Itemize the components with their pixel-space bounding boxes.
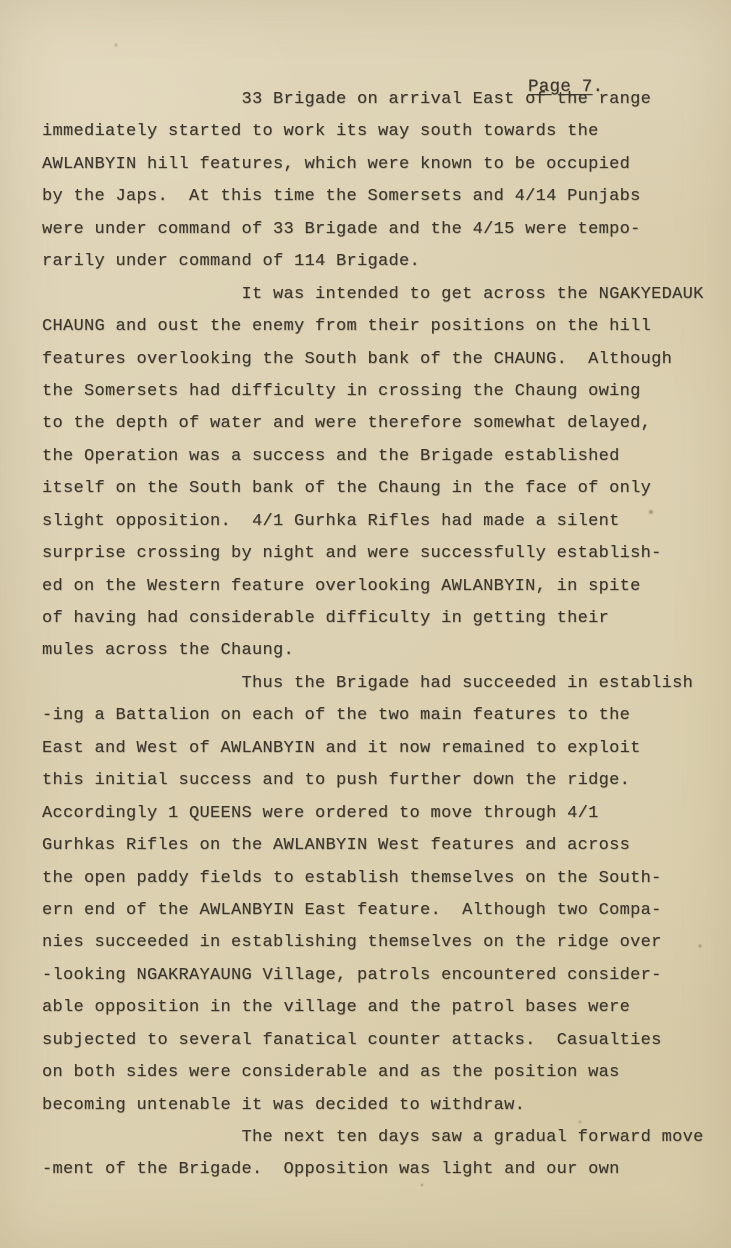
text-line: subjected to several fanatical counter a…: [42, 1025, 711, 1057]
text-line: were under command of 33 Brigade and the…: [42, 214, 711, 246]
text-line: Thus the Brigade had succeeded in establ…: [42, 668, 711, 700]
text-line: -ment of the Brigade. Opposition was lig…: [42, 1154, 711, 1186]
text-line: able opposition in the village and the p…: [42, 992, 711, 1024]
text-line: becoming untenable it was decided to wit…: [42, 1090, 711, 1122]
text-line: It was intended to get across the NGAKYE…: [42, 279, 711, 311]
text-line: Accordingly 1 QUEENS were ordered to mov…: [42, 798, 711, 830]
text-line: nies succeeded in establishing themselve…: [42, 927, 711, 959]
text-line: Gurhkas Rifles on the AWLANBYIN West fea…: [42, 830, 711, 862]
text-line: slight opposition. 4/1 Gurhka Rifles had…: [42, 506, 711, 538]
text-line: by the Japs. At this time the Somersets …: [42, 181, 711, 213]
text-line: 33 Brigade on arrival East of the range: [42, 84, 711, 116]
text-line: of having had considerable difficulty in…: [42, 603, 711, 635]
text-line: the Operation was a success and the Brig…: [42, 441, 711, 473]
text-line: -ing a Battalion on each of the two main…: [42, 700, 711, 732]
text-line: surprise crossing by night and were succ…: [42, 538, 711, 570]
text-line: -looking NGAKRAYAUNG Village, patrols en…: [42, 960, 711, 992]
text-line: to the depth of water and were therefore…: [42, 408, 711, 440]
text-line: rarily under command of 114 Brigade.: [42, 246, 711, 278]
text-line: features overlooking the South bank of t…: [42, 344, 711, 376]
text-line: immediately started to work its way sout…: [42, 116, 711, 148]
text-line: ern end of the AWLANBYIN East feature. A…: [42, 895, 711, 927]
text-line: mules across the Chaung.: [42, 635, 711, 667]
text-line: AWLANBYIN hill features, which were know…: [42, 149, 711, 181]
text-line: East and West of AWLANBYIN and it now re…: [42, 733, 711, 765]
text-line: CHAUNG and oust the enemy from their pos…: [42, 311, 711, 343]
text-line: on both sides were considerable and as t…: [42, 1057, 711, 1089]
text-line: ed on the Western feature overlooking AW…: [42, 571, 711, 603]
document-page: Page 7. 33 Brigade on arrival East of th…: [0, 0, 731, 1248]
text-line: this initial success and to push further…: [42, 765, 711, 797]
typewritten-text-body: 33 Brigade on arrival East of the rangei…: [42, 84, 711, 1187]
text-line: itself on the South bank of the Chaung i…: [42, 473, 711, 505]
text-line: the Somersets had difficulty in crossing…: [42, 376, 711, 408]
text-line: the open paddy fields to establish thems…: [42, 863, 711, 895]
text-line: The next ten days saw a gradual forward …: [42, 1122, 711, 1154]
